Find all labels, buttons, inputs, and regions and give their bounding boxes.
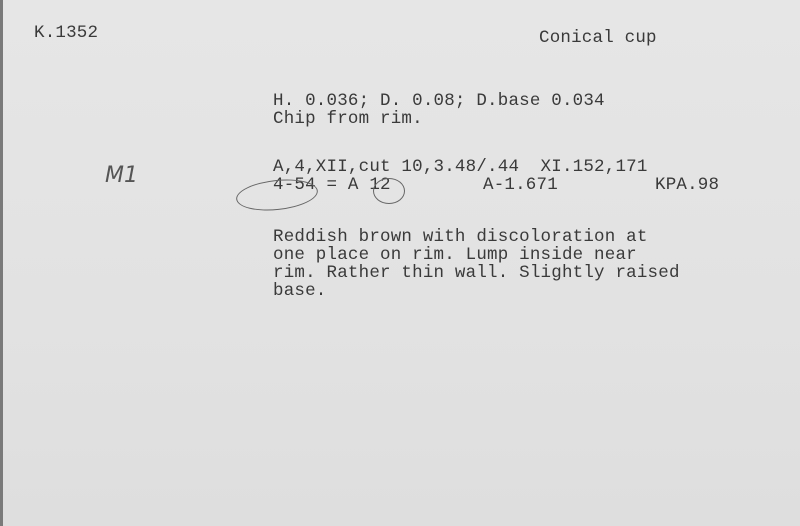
handwritten-mark: M1 [105, 163, 138, 188]
pencil-ellipse-mark [235, 176, 320, 214]
pencil-circle-mark [373, 178, 405, 204]
provenance-line-2-right: KPA.98 [655, 176, 719, 194]
description-line-1: Reddish brown with discoloration at [273, 228, 648, 246]
index-card: K.1352 Conical cup H. 0.036; D. 0.08; D.… [0, 0, 800, 526]
description-line-3: rim. Rather thin wall. Slightly raised [273, 264, 680, 282]
description-line-4: base. [273, 282, 327, 300]
condition: Chip from rim. [273, 110, 423, 128]
object-type: Conical cup [539, 29, 657, 47]
provenance-line-2-mid: A-1.671 [483, 176, 558, 194]
description-line-2: one place on rim. Lump inside near [273, 246, 637, 264]
dimensions: H. 0.036; D. 0.08; D.base 0.034 [273, 92, 605, 110]
catalog-number: K.1352 [34, 24, 98, 42]
provenance-line-1: A,4,XII,cut 10,3.48/.44 XI.152,171 [273, 158, 648, 176]
